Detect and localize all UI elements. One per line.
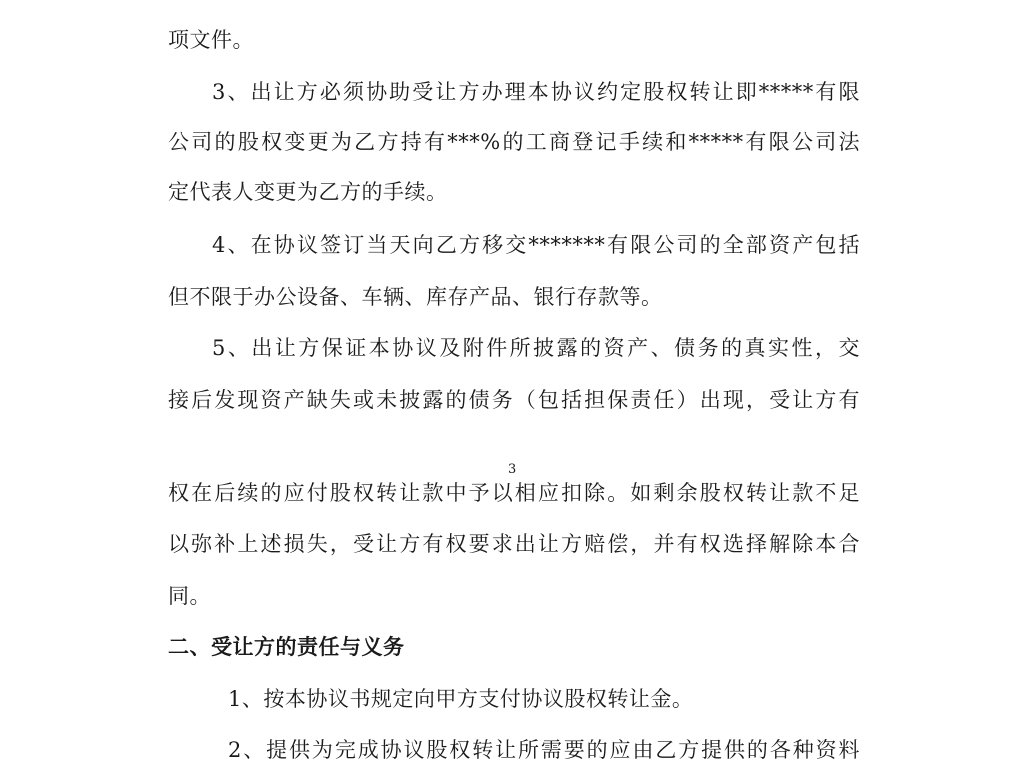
page-number: 3	[508, 463, 516, 477]
section-heading: 二、受让方的责任与义务	[168, 633, 860, 661]
paragraph-line: 3、出让方必须协助受让方办理本协议约定股权转让即*****有限	[212, 78, 860, 106]
paragraph-line: 公司的股权变更为乙方持有***%的工商登记手续和*****有限公司法	[168, 128, 860, 156]
paragraph-line: 5、出让方保证本协议及附件所披露的资产、债务的真实性，交	[212, 334, 860, 362]
paragraph-line: 项文件。	[168, 26, 860, 54]
paragraph-line: 接后发现资产缺失或未披露的债务（包括担保责任）出现，受让方有	[168, 386, 860, 414]
paragraph-line: 定代表人变更为乙方的手续。	[168, 178, 860, 206]
paragraph-line: 但不限于办公设备、车辆、库存产品、银行存款等。	[168, 283, 860, 311]
paragraph-line: 同。	[168, 582, 860, 610]
paragraph-line: 2、提供为完成协议股权转让所需要的应由乙方提供的各种资料	[228, 736, 860, 764]
document-page: 项文件。 3、出让方必须协助受让方办理本协议约定股权转让即*****有限 公司的…	[0, 0, 1024, 768]
paragraph-line: 以弥补上述损失，受让方有权要求出让方赔偿，并有权选择解除本合	[168, 530, 860, 558]
paragraph-line: 1、按本协议书规定向甲方支付协议股权转让金。	[228, 685, 920, 713]
paragraph-line: 权在后续的应付股权转让款中予以相应扣除。如剩余股权转让款不足	[168, 479, 860, 507]
paragraph-line: 4、在协议签订当天向乙方移交*******有限公司的全部资产包括	[212, 231, 860, 259]
